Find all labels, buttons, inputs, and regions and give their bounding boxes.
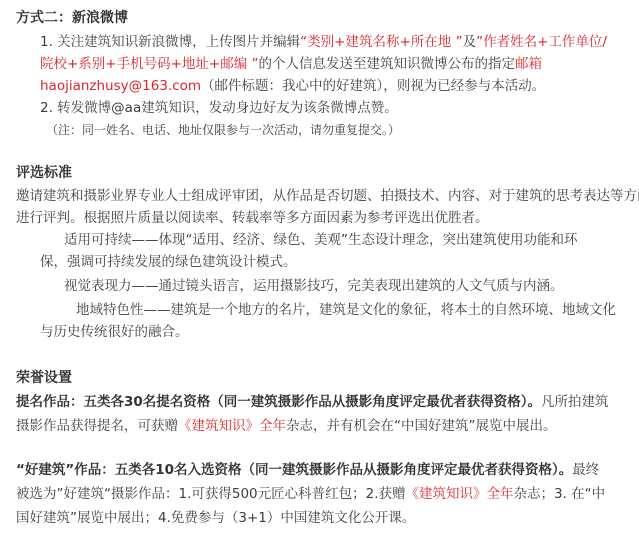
article-page: 方式二：新浪微博 1. 关注建筑知识新浪微博，上传图片并编辑“类别+建筑名称+所… [0,0,639,539]
email-link[interactable]: haojianzhusy@163.com [40,78,201,94]
criterion-sustainability-line2: 保，强调可持续发展的绿色建筑设计模式。 [40,252,297,272]
selected-line2: 被选为”好建筑“摄影作品：1.可获得500元匠心科普红包；2.获赠《建筑知识》全… [16,484,605,504]
method2-note: （注：同一姓名、电话、地址仅限参与一次活动，请勿重复提交。） [46,120,400,140]
criterion-sustainability-line1: 适用可持续——体现“适用、经济、绿色、美观”生态设计理念，突出建筑使用功能和环 [64,230,578,250]
honors-title: 荣誉设置 [16,368,72,388]
criteria-intro-line1: 邀请建筑和摄影业界专业人士组成评审团，从作品是否切题、拍摄技术、内容、对于建筑的… [16,186,639,206]
method2-item1-line3: haojianzhusy@163.com（邮件标题：我心中的好建筑），则视为已经… [40,76,545,96]
criteria-intro-line2: 进行评判。根据照片质量以阅读率、转载率等多方面因素为参考评选出优胜者。 [16,208,489,228]
criteria-title: 评选标准 [16,163,72,183]
method2-item1-line1: 1. 关注建筑知识新浪微博，上传图片并编辑“类别+建筑名称+所在地 ”及”作者姓… [40,32,607,52]
method2-title: 方式二：新浪微博 [16,8,128,28]
nomination-line2: 摄影作品获得提名，可获赠《建筑知识》全年杂志，并有机会在“中国好建筑”展览中展出… [16,416,557,436]
selected-line1: “好建筑”作品：五类各10名入选资格（同一建筑摄影作品从摄影角度评定最优者获得资… [16,460,599,480]
criterion-visual: 视觉表现力——通过镜头语言，运用摄影技巧，完美表现出建筑的人文气质与内涵。 [64,276,564,296]
method2-item1-line2: 院校+系别+手机号码+地址+邮编 ”的个人信息发送至建筑知识微博公布的指定邮箱 [40,54,542,74]
nomination-line1: 提名作品：五类各30名提名资格（同一建筑摄影作品从摄影角度评定最优者获得资格）。… [16,392,609,412]
method2-item2: 2. 转发微博@aa建筑知识，发动身边好友为该条微博点赞。 [40,98,398,118]
criterion-regional-line2: 与历史传统很好的融合。 [40,322,189,342]
selected-line3: 国好建筑”展览中展出；4.免费参与（3+1）中国建筑文化公开课。 [16,508,415,528]
criterion-regional-line1: 地域特色性——建筑是一个地方的名片，建筑是文化的象征，将本土的自然环境、地域文化 [76,300,616,320]
